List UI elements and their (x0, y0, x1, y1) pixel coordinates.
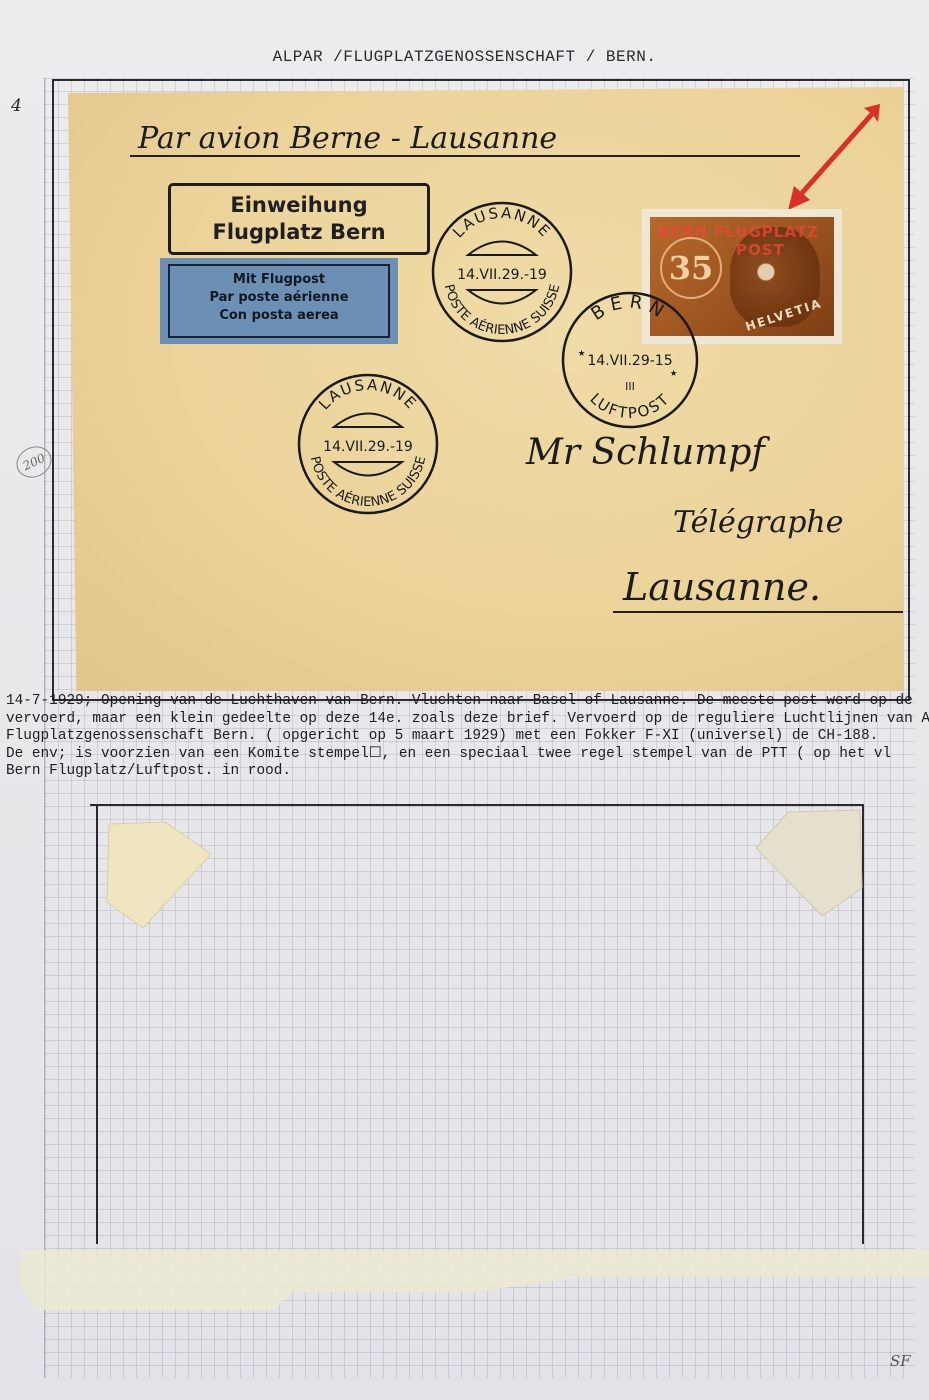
stamp-overprint: BERN FLUGPLATZ POST (658, 223, 819, 259)
postmark-lausanne-1: LAUSANNE POSTE AÉRIENNE SUISSE 14.VII.29… (430, 200, 575, 345)
description-line-4: De env; is voorzien van een Komite stemp… (6, 746, 929, 764)
page-number: 4 (11, 96, 22, 116)
airmail-label: Mit Flugpost Par poste aérienne Con post… (160, 258, 398, 344)
photo-corner-right (752, 808, 864, 920)
description-line-5: Bern Flugplatz/Luftpost. in rood. (6, 763, 929, 781)
footer-code: SF (890, 1352, 911, 1370)
cachet-line-1: Einweihung (171, 192, 427, 219)
postmark-lausanne-2: LAUSANNE POSTE AÉRIENNE SUISSE 14.VII.29… (296, 372, 441, 517)
routing-underline (130, 155, 800, 157)
svg-text:★: ★ (578, 346, 585, 360)
address-line-1: Mr Schlumpf (526, 432, 765, 473)
svg-text:★: ★ (670, 366, 677, 380)
address-underline (613, 611, 903, 613)
svg-text:14.VII.29-15: 14.VII.29-15 (587, 353, 672, 369)
airmail-label-line-1: Mit Flugpost (170, 271, 388, 289)
svg-text:III: III (625, 380, 635, 393)
description-line-2: vervoerd, maar een klein gedeelte op dez… (6, 711, 929, 729)
page-title: ALPAR /FLUGPLATZGENOSSENSCHAFT / BERN. (0, 48, 929, 66)
cachet-line-2: Flugplatz Bern (171, 219, 427, 246)
album-page: ALPAR /FLUGPLATZGENOSSENSCHAFT / BERN. 4… (0, 0, 929, 1400)
description-line-3: Flugplatzgenossenschaft Bern. ( opgerich… (6, 728, 929, 746)
svg-text:BERN: BERN (587, 291, 672, 325)
svg-text:14.VII.29.-19: 14.VII.29.-19 (457, 267, 547, 283)
postmark-bern-luftpost: BERN LUFTPOST 14.VII.29-15 III ★ ★ (560, 290, 700, 430)
overprint-line-2: POST (736, 241, 819, 259)
svg-text:14.VII.29.-19: 14.VII.29.-19 (323, 439, 413, 455)
description-line-1: 14-7-1929; Opening van de Luchthaven van… (6, 693, 929, 711)
photo-corner-left (103, 820, 215, 932)
svg-text:LUFTPOST: LUFTPOST (587, 390, 674, 423)
address-line-3: Lausanne. (623, 565, 821, 609)
address-line-2: Télégraphe (673, 505, 844, 540)
svg-text:POSTE AÉRIENNE SUISSE: POSTE AÉRIENNE SUISSE (307, 455, 430, 510)
airmail-label-line-3: Con posta aerea (170, 307, 388, 325)
airmail-envelope: Par avion Berne - Lausanne Mr Schlumpf T… (68, 87, 904, 691)
overprint-line-1: BERN FLUGPLATZ (658, 223, 819, 241)
svg-text:LAUSANNE: LAUSANNE (315, 376, 421, 414)
svg-text:POSTE AÉRIENNE SUISSE: POSTE AÉRIENNE SUISSE (441, 283, 564, 338)
routing-handwriting: Par avion Berne - Lausanne (138, 121, 557, 156)
inauguration-cachet: Einweihung Flugplatz Bern (168, 183, 430, 255)
airmail-label-line-2: Par poste aérienne (170, 289, 388, 307)
description-text: 14-7-1929; Opening van de Luchthaven van… (6, 693, 929, 781)
svg-text:LAUSANNE: LAUSANNE (449, 204, 555, 242)
red-arrow-icon (780, 100, 890, 220)
